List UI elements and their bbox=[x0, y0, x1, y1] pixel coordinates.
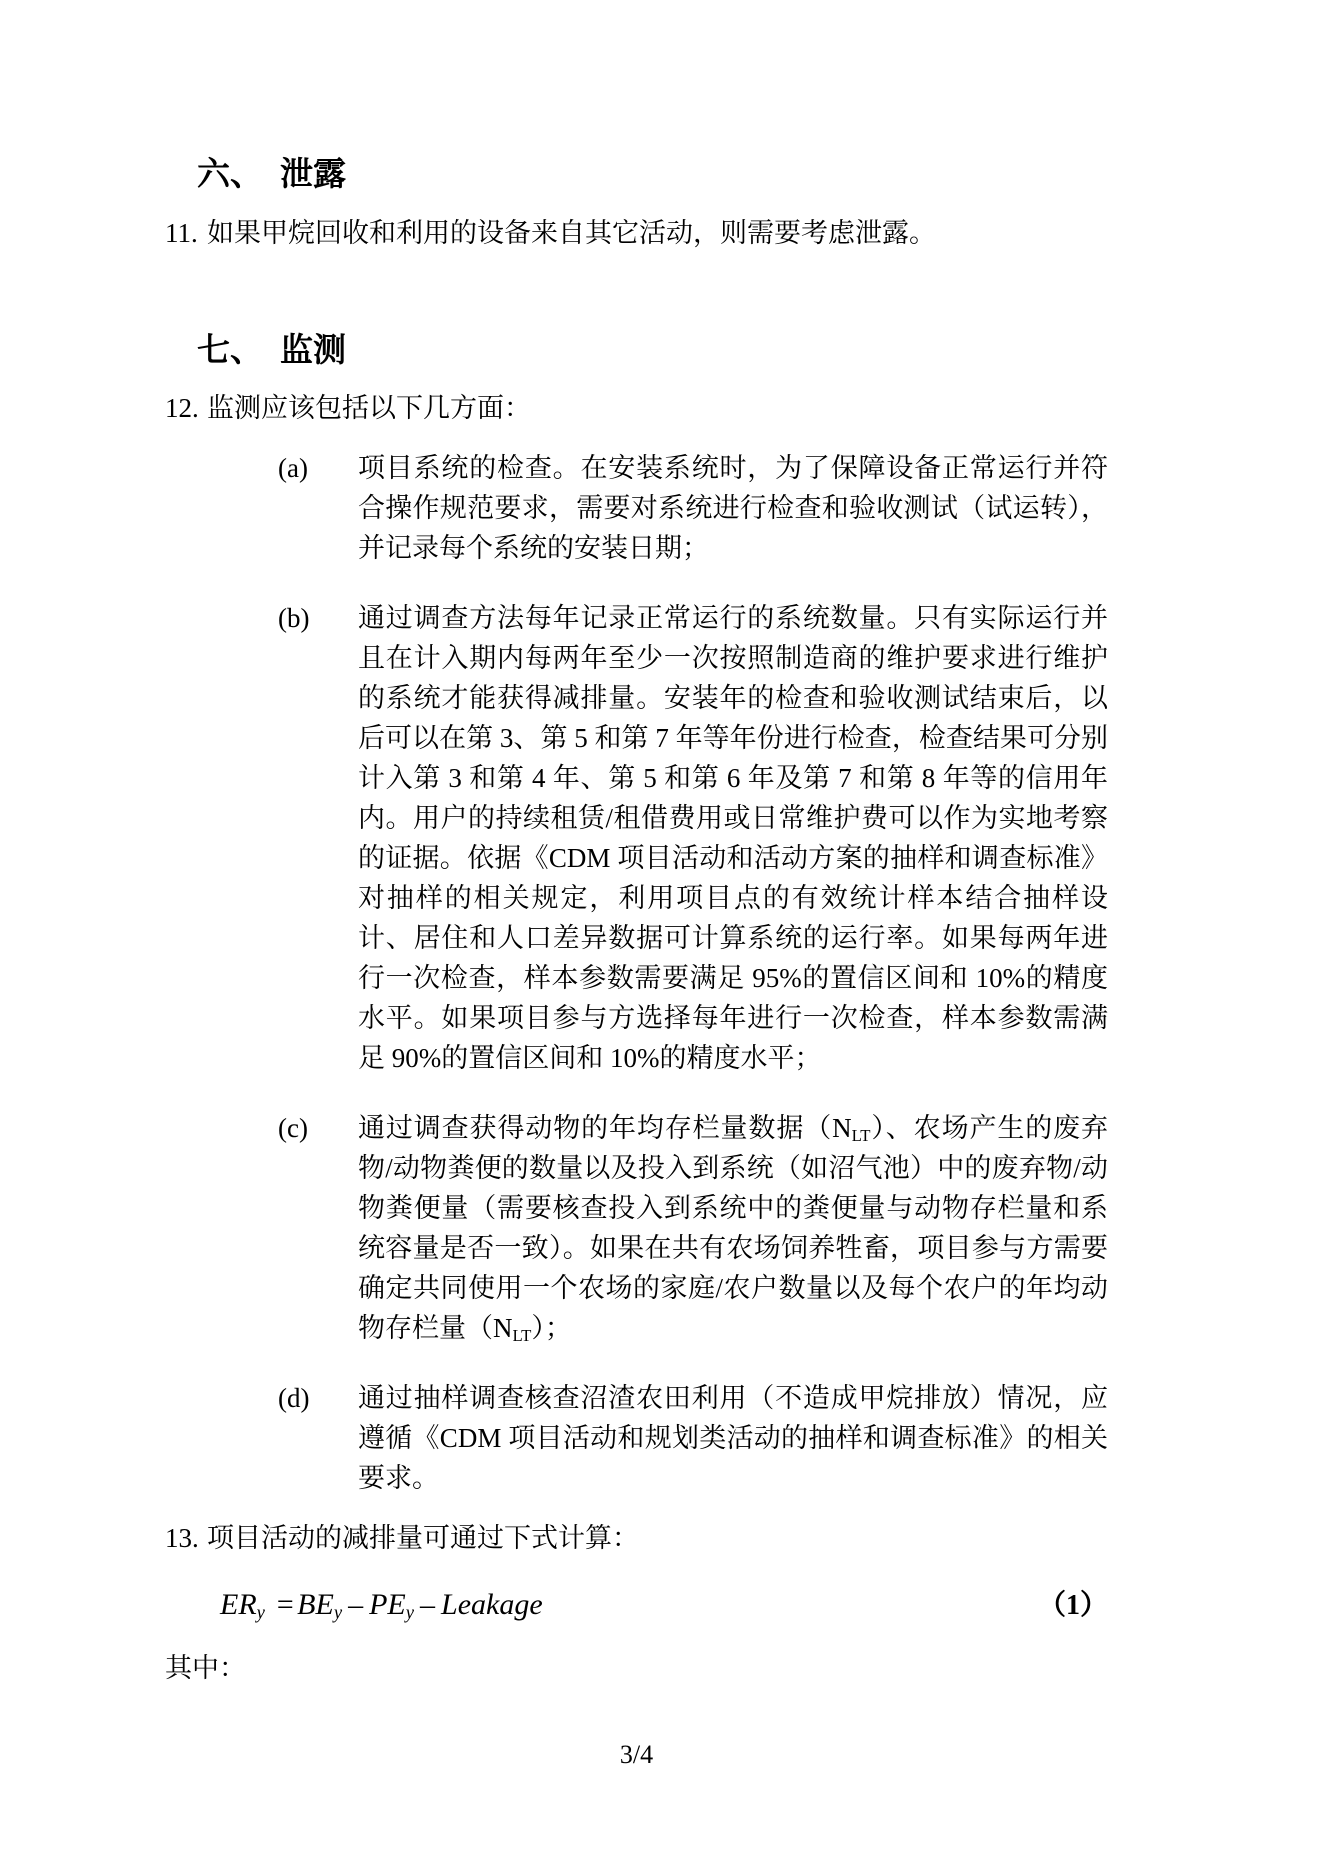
equation-1: ERy=BEy–PEy–Leakage （1） bbox=[165, 1583, 1108, 1628]
term-er: ER bbox=[220, 1588, 257, 1621]
list-item-text: 通过抽样调查核查沼渣农田利用（不造成甲烷排放）情况，应遵循《CDM 项目活动和规… bbox=[358, 1378, 1108, 1498]
list-marker: (b) bbox=[278, 598, 358, 1078]
list-item-c: (c) 通过调查获得动物的年均存栏量数据（NLT）、农场产生的废弃物/动物粪便的… bbox=[278, 1108, 1108, 1348]
section-heading-leakage: 六、 泄露 bbox=[197, 153, 1108, 197]
paragraph-12: 12. 监测应该包括以下几方面： bbox=[165, 388, 1108, 428]
section-title: 泄露 bbox=[280, 153, 346, 197]
paragraph-text: 如果甲烷回收和利用的设备来自其它活动，则需要考虑泄露。 bbox=[207, 213, 1108, 253]
section-number: 六、 bbox=[197, 153, 280, 197]
paragraph-11: 11. 如果甲烷回收和利用的设备来自其它活动，则需要考虑泄露。 bbox=[165, 213, 1108, 253]
list-item-text-part: ）； bbox=[531, 1313, 572, 1343]
term-pe: PE bbox=[369, 1588, 406, 1621]
minus-sign: – bbox=[420, 1588, 435, 1621]
section-title: 监测 bbox=[280, 329, 346, 373]
section-heading-monitoring: 七、 监测 bbox=[197, 329, 1108, 373]
list-item-b: (b) 通过调查方法每年记录正常运行的系统数量。只有实际运行并且在计入期内每两年… bbox=[278, 598, 1108, 1078]
where-label: 其中： bbox=[165, 1648, 1108, 1688]
paragraph-number: 11. bbox=[165, 213, 207, 253]
list-item-d: (d) 通过抽样调查核查沼渣农田利用（不造成甲烷排放）情况，应遵循《CDM 项目… bbox=[278, 1378, 1108, 1498]
paragraph-number: 13. bbox=[165, 1518, 207, 1558]
paragraph-number: 12. bbox=[165, 388, 207, 428]
list-item-a: (a) 项目系统的检查。在安装系统时，为了保障设备正常运行并符合操作规范要求，需… bbox=[278, 448, 1108, 568]
equals-sign: = bbox=[275, 1588, 295, 1621]
list-item-text-part: ）、农场产生的废弃物/动物粪便的数量以及投入到系统（如沼气池）中的废弃物/动物粪… bbox=[358, 1113, 1108, 1343]
subscript-nlt: LT bbox=[852, 1126, 871, 1145]
paragraph-13: 13. 项目活动的减排量可通过下式计算： bbox=[165, 1518, 1108, 1558]
page-number: 3/4 bbox=[165, 1735, 1108, 1775]
list-item-text: 通过调查方法每年记录正常运行的系统数量。只有实际运行并且在计入期内每两年至少一次… bbox=[358, 598, 1108, 1078]
list-marker: (d) bbox=[278, 1378, 358, 1498]
term-leakage: Leakage bbox=[441, 1588, 543, 1621]
list-marker: (a) bbox=[278, 448, 358, 568]
term-be: BE bbox=[297, 1588, 334, 1621]
equation-body: ERy=BEy–PEy–Leakage bbox=[220, 1583, 543, 1627]
paragraph-text: 监测应该包括以下几方面： bbox=[207, 388, 1108, 428]
subscript-nlt: LT bbox=[513, 1326, 532, 1345]
document-page: 六、 泄露 11. 如果甲烷回收和利用的设备来自其它活动，则需要考虑泄露。 七、… bbox=[0, 0, 1323, 1871]
paragraph-text: 项目活动的减排量可通过下式计算： bbox=[207, 1518, 1108, 1558]
equation-number: （1） bbox=[1038, 1584, 1108, 1628]
section-number: 七、 bbox=[197, 329, 280, 373]
subscript-y: y bbox=[334, 1603, 342, 1624]
list-item-text-part: 通过调查获得动物的年均存栏量数据（N bbox=[358, 1113, 852, 1143]
monitoring-list: (a) 项目系统的检查。在安装系统时，为了保障设备正常运行并符合操作规范要求，需… bbox=[165, 448, 1108, 1498]
list-marker: (c) bbox=[278, 1108, 358, 1348]
list-item-text: 项目系统的检查。在安装系统时，为了保障设备正常运行并符合操作规范要求，需要对系统… bbox=[358, 448, 1108, 568]
minus-sign: – bbox=[348, 1588, 363, 1621]
subscript-y: y bbox=[257, 1603, 265, 1624]
subscript-y: y bbox=[406, 1603, 414, 1624]
list-item-text: 通过调查获得动物的年均存栏量数据（NLT）、农场产生的废弃物/动物粪便的数量以及… bbox=[358, 1108, 1108, 1348]
